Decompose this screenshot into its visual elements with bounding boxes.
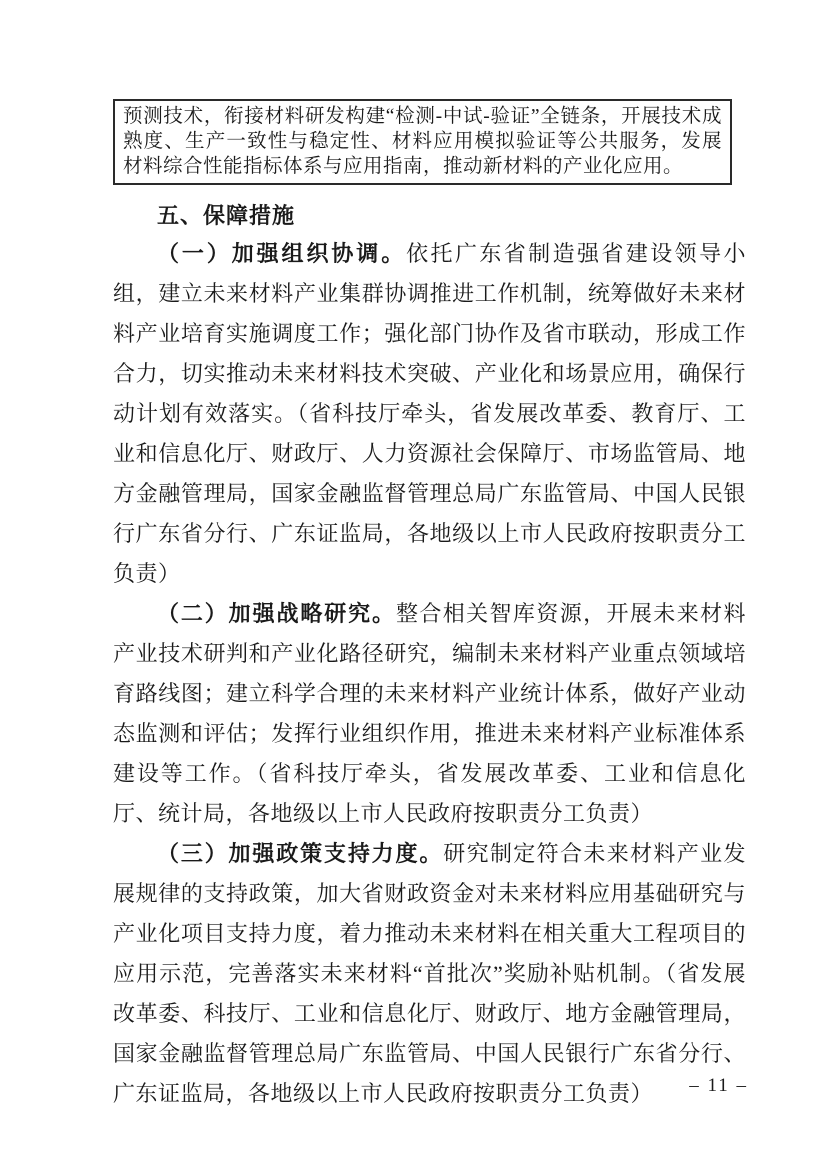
paragraph-3: （三）加强政策支持力度。研究制定符合未来材料产业发展规律的支持政策，加大省财政资… — [113, 834, 746, 1114]
callout-box-text: 预测技术，衔接材料研发构建“检测-中试-验证”全链条，开展技术成熟度、生产一致性… — [123, 106, 722, 177]
paragraph-3-lead: （三）加强政策支持力度。 — [157, 841, 443, 866]
section-heading: 五、保障措施 — [113, 202, 746, 230]
paragraph-2-body: 整合相关智库资源，开展未来材料产业技术研判和产业化路径研究，编制未来材料产业重点… — [113, 601, 746, 826]
paragraph-2: （二）加强战略研究。整合相关智库资源，开展未来材料产业技术研判和产业化路径研究，… — [113, 594, 746, 834]
paragraph-3-body: 研究制定符合未来材料产业发展规律的支持政策，加大省财政资金对未来材料应用基础研究… — [113, 841, 746, 1106]
paragraph-2-lead: （二）加强战略研究。 — [157, 601, 396, 626]
paragraph-1: （一）加强组织协调。依托广东省制造强省建设领导小组，建立未来材料产业集群协调推进… — [113, 234, 746, 594]
paragraph-1-body: 依托广东省制造强省建设领导小组，建立未来材料产业集群协调推进工作机制，统筹做好未… — [113, 241, 746, 586]
paragraph-1-lead: （一）加强组织协调。 — [157, 241, 406, 266]
document-page: 预测技术，衔接材料研发构建“检测-中试-验证”全链条，开展技术成熟度、生产一致性… — [0, 0, 826, 1169]
callout-box: 预测技术，衔接材料研发构建“检测-中试-验证”全链条，开展技术成熟度、生产一致性… — [113, 99, 732, 185]
page-number: – 11 – — [689, 1075, 748, 1097]
